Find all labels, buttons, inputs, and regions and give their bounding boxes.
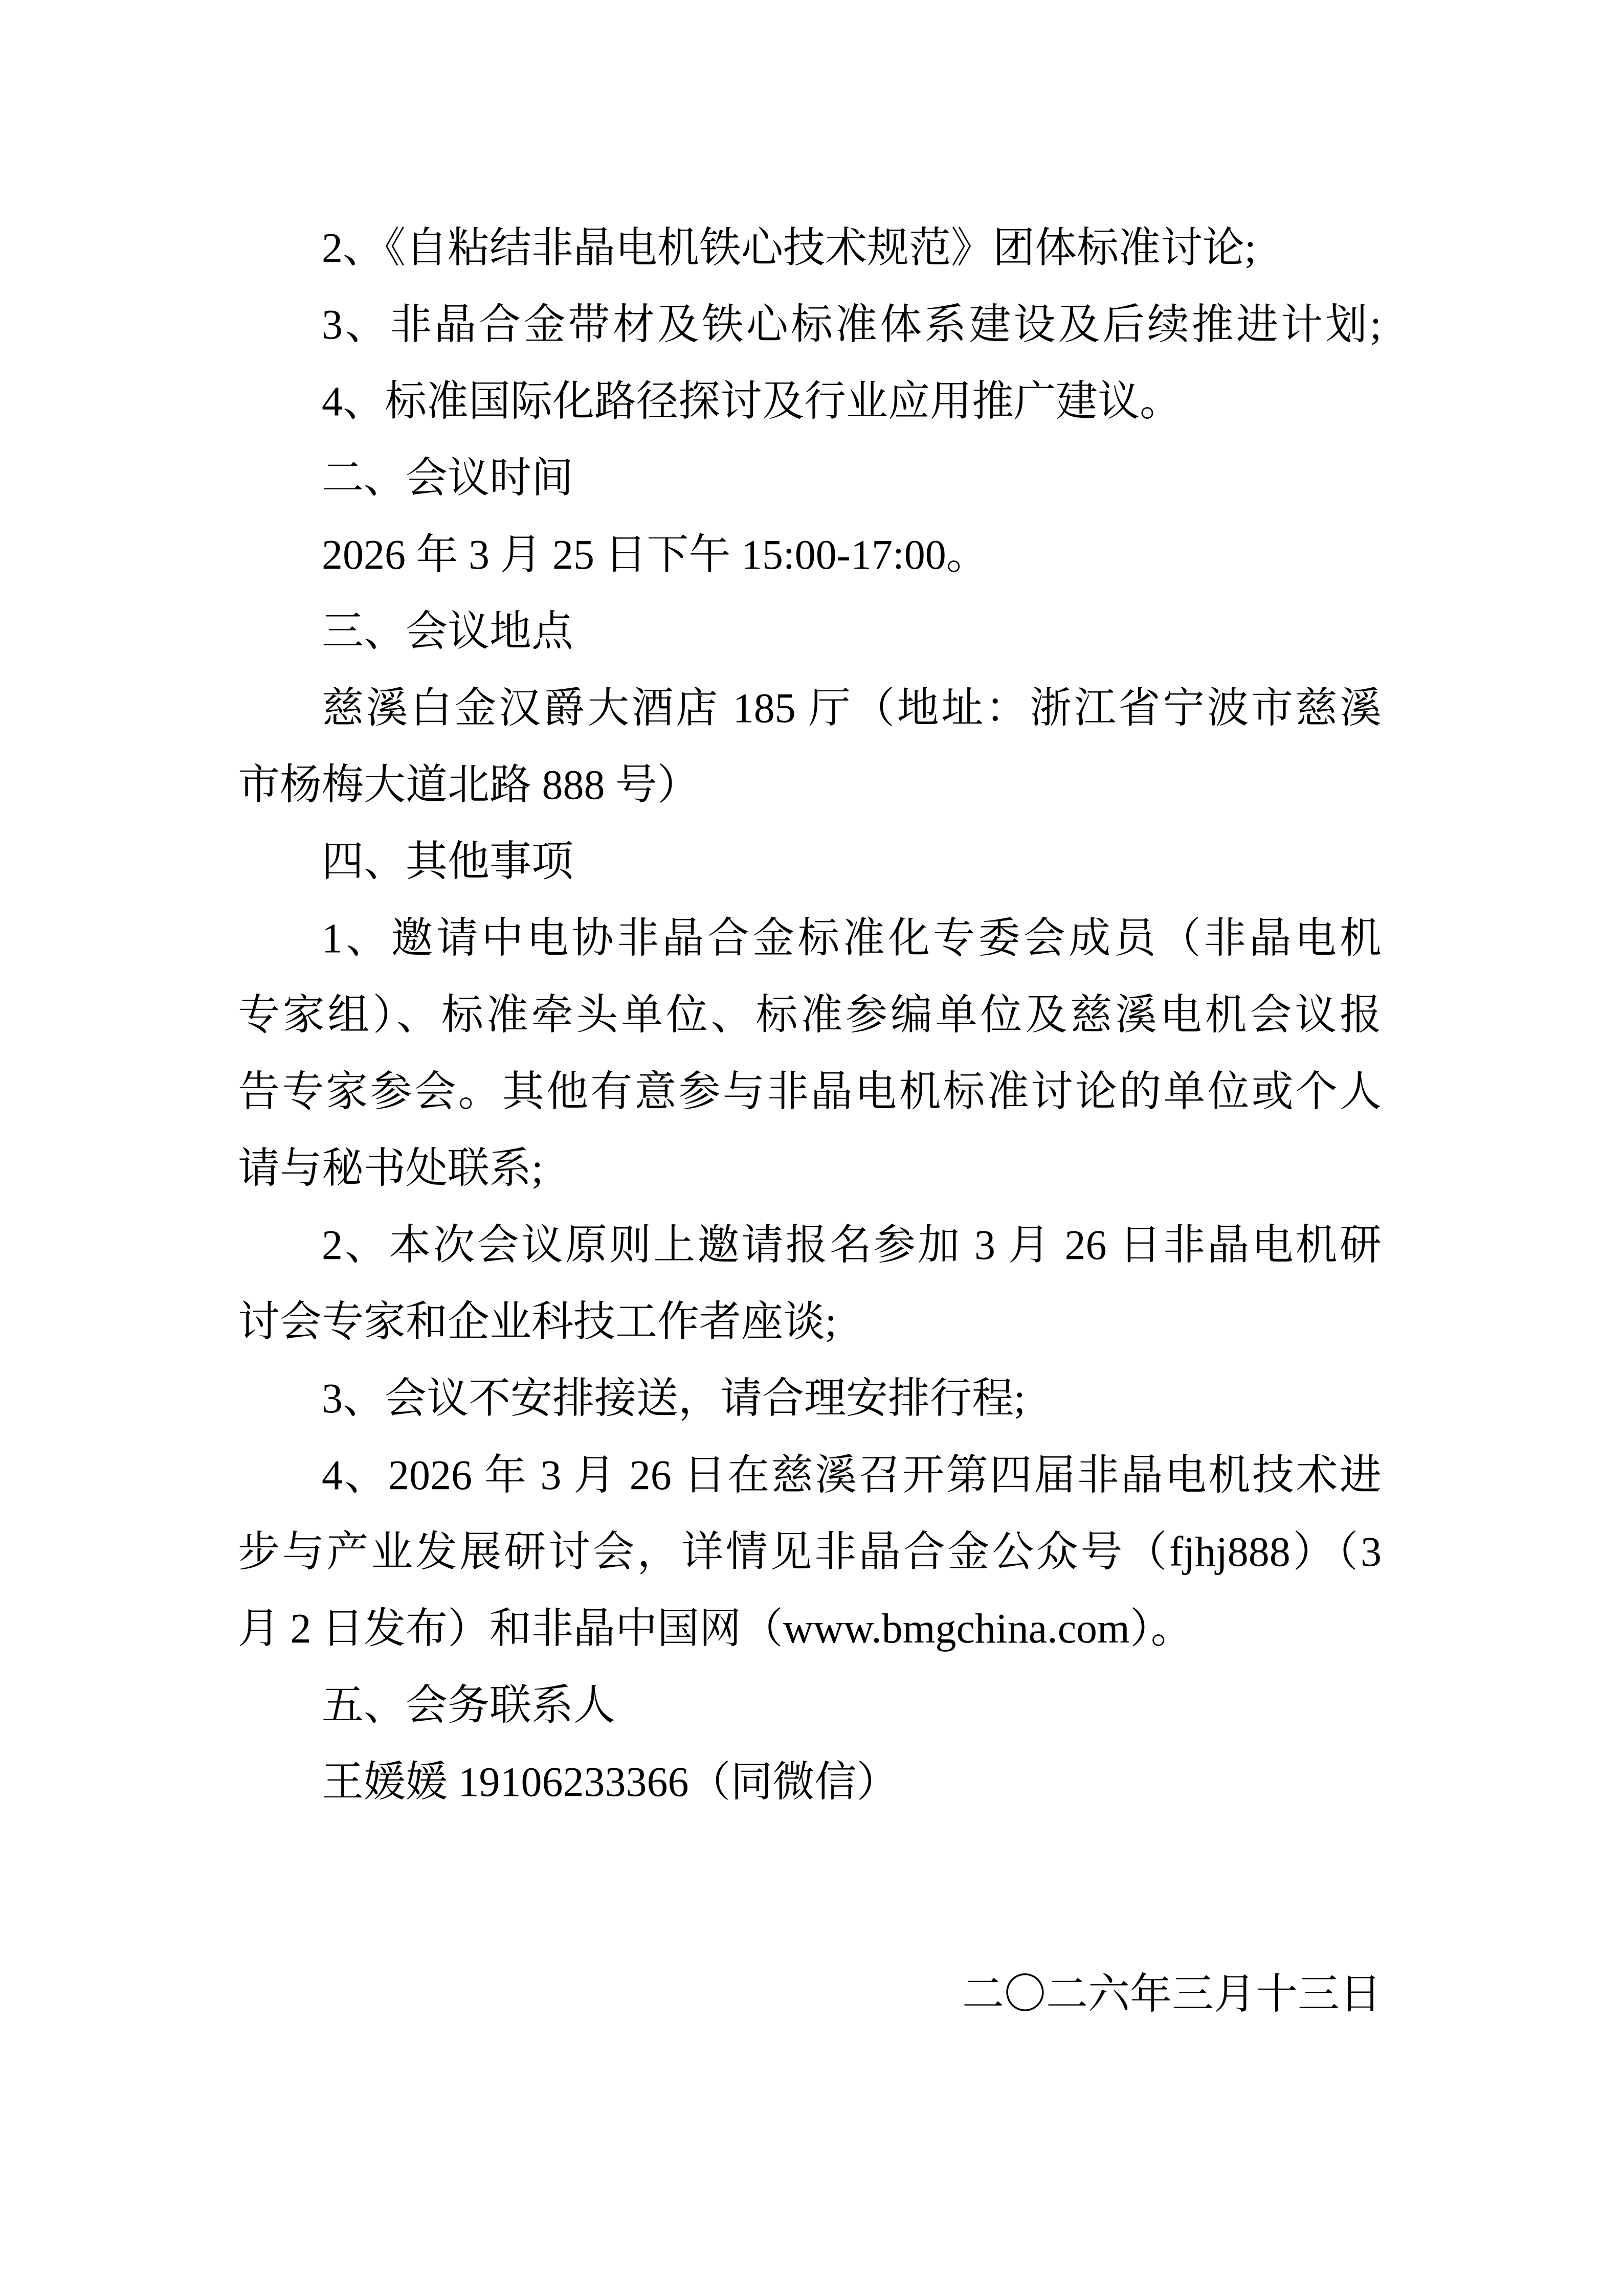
meeting-place-line-2: 市杨梅大道北路 888 号） [238, 747, 1382, 823]
other-matters-item-1-line-3: 告专家参会。其他有意参与非晶电机标准讨论的单位或个人 [238, 1053, 1382, 1130]
document-body: 2、《自粘结非晶电机铁心技术规范》团体标准讨论; 3、非晶合金带材及铁心标准体系… [238, 210, 1382, 2033]
other-matters-item-1-line-4: 请与秘书处联系; [238, 1130, 1382, 1207]
meeting-time-text: 2026 年 3 月 25 日下午 15:00-17:00。 [238, 516, 1382, 593]
other-matters-item-2-line-1: 2、本次会议原则上邀请报名参加 3 月 26 日非晶电机研 [238, 1207, 1382, 1284]
other-matters-item-4-line-3: 月 2 日发布）和非晶中国网（www.bmgchina.com）。 [238, 1590, 1382, 1667]
section-heading-meeting-time: 二、会议时间 [238, 440, 1382, 516]
contact-person-text: 王媛媛 19106233366（同微信） [238, 1744, 1382, 1820]
section-heading-contact: 五、会务联系人 [238, 1667, 1382, 1744]
document-date: 二〇二六年三月十三日 [238, 1956, 1382, 2033]
other-matters-item-3: 3、会议不安排接送，请合理安排行程; [238, 1360, 1382, 1437]
other-matters-item-1-line-2: 专家组）、标准牵头单位、标准参编单位及慈溪电机会议报 [238, 977, 1382, 1053]
other-matters-item-1-line-1: 1、邀请中电协非晶合金标准化专委会成员（非晶电机 [238, 900, 1382, 977]
other-matters-item-4-line-1: 4、2026 年 3 月 26 日在慈溪召开第四届非晶电机技术进 [238, 1437, 1382, 1514]
agenda-item-2: 2、《自粘结非晶电机铁心技术规范》团体标准讨论; [238, 210, 1382, 286]
blank-space [238, 1820, 1382, 1956]
other-matters-item-4-line-2: 步与产业发展研讨会，详情见非晶合金公众号（fjhj888）（3 [238, 1514, 1382, 1590]
agenda-item-3: 3、非晶合金带材及铁心标准体系建设及后续推进计划; [238, 286, 1382, 363]
agenda-item-4: 4、标准国际化路径探讨及行业应用推广建议。 [238, 363, 1382, 440]
section-heading-other-matters: 四、其他事项 [238, 823, 1382, 900]
meeting-place-line-1: 慈溪白金汉爵大酒店 185 厅（地址：浙江省宁波市慈溪 [238, 670, 1382, 747]
section-heading-meeting-place: 三、会议地点 [238, 593, 1382, 670]
other-matters-item-2-line-2: 讨会专家和企业科技工作者座谈; [238, 1284, 1382, 1360]
document-page: 2、《自粘结非晶电机铁心技术规范》团体标准讨论; 3、非晶合金带材及铁心标准体系… [0, 0, 1624, 2296]
